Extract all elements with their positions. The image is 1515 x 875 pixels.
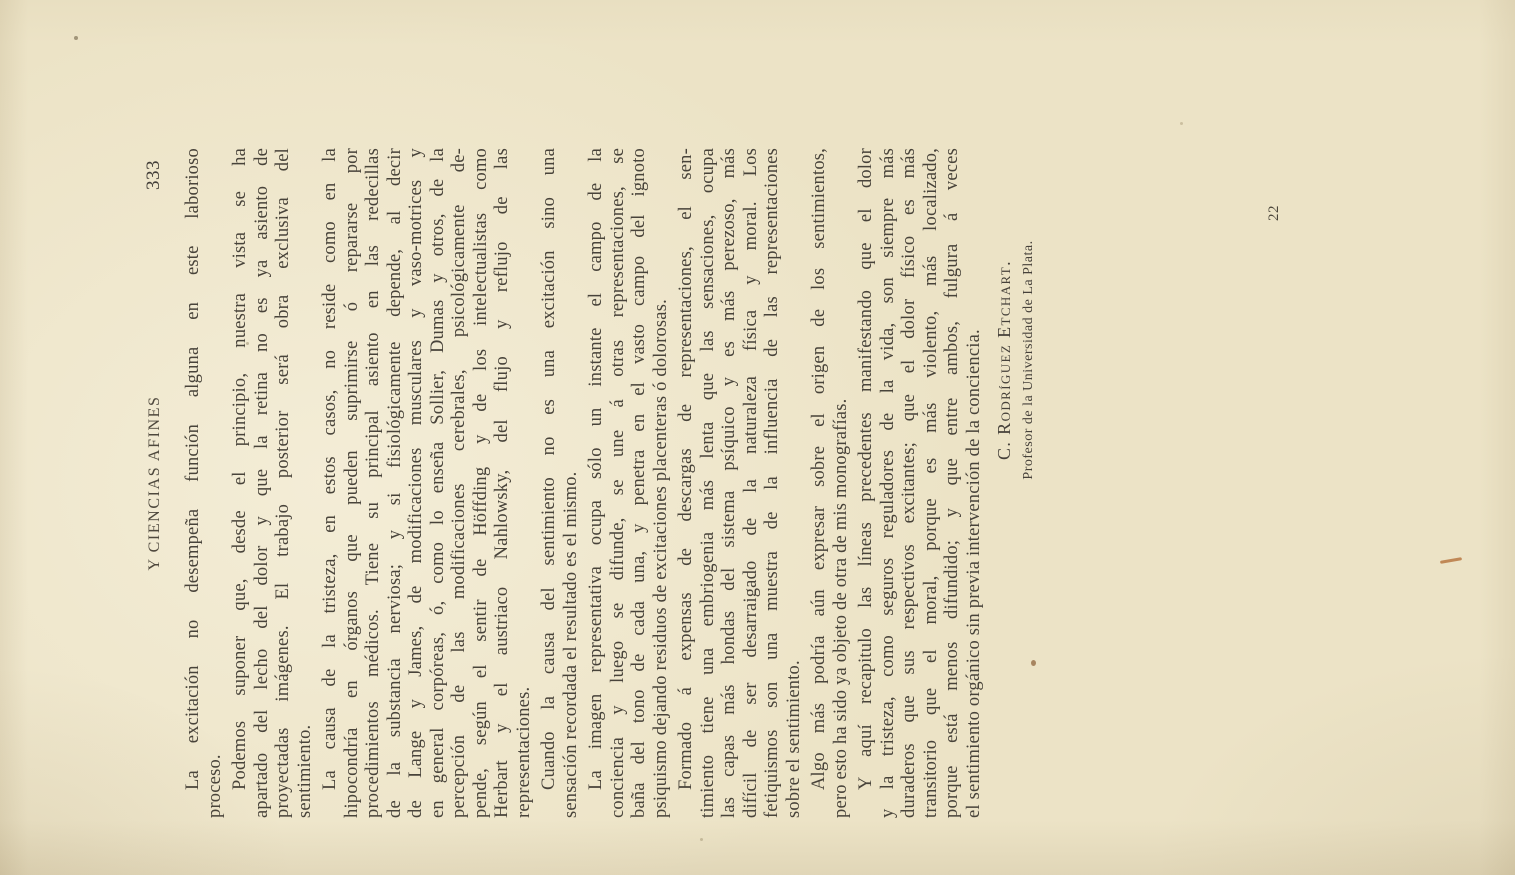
text-line: Y aquí recapitulo las líneas precedentes… [856, 148, 878, 818]
scanned-book-page: { "header": { "title": "Y CIENCIAS AFINE… [0, 0, 1515, 875]
text-line: psiquismo dejando residuos de excitacion… [651, 148, 673, 818]
author-name: C. Rodríguez Etchart. [994, 240, 1015, 479]
text-line: de la substancia nerviosa; y si fisiológ… [385, 148, 407, 818]
text-line: La imagen representativa ocupa sólo un i… [586, 148, 608, 818]
text-line: duraderos que sus respectivos excitantes… [899, 148, 921, 818]
text-line: Herbart y el austriaco Nahlowsky, del fl… [492, 148, 514, 818]
text-line: baña del tono de cada una, y penetra en … [629, 148, 651, 818]
text-line: timiento tiene una embriogenia más lenta… [698, 148, 720, 818]
text-line: La excitación no desempeña función algun… [183, 148, 205, 818]
page-number: 333 [143, 160, 165, 190]
text-line: apartado del lecho del dolor y que la re… [252, 148, 274, 818]
text-line: Formado á expensas de descargas de repre… [676, 148, 698, 818]
body-text: La excitación no desempeña función algun… [183, 148, 985, 818]
text-line: y la tristeza, como seguros reguladores … [878, 148, 900, 818]
text-line: proceso. [205, 148, 227, 818]
book-page: Y CIENCIAS AFINES 333 La excitación no d… [0, 0, 1515, 875]
text-line: sentimiento. [295, 148, 317, 818]
text-line: conciencia y luego se difunde, se une á … [608, 148, 630, 818]
text-line: pende, según el sentir de Höffding y de … [471, 148, 493, 818]
running-header: Y CIENCIAS AFINES 333 [146, 148, 172, 818]
text-line: hipocondría en órganos que pueden suprim… [342, 148, 364, 818]
text-line: transitorio que el moral, porque es más … [921, 148, 943, 818]
text-line: en general corpóreas, ó, como lo enseña … [428, 148, 450, 818]
text-line: representaciones. [514, 148, 536, 818]
text-line: sensación recordada el resultado es el m… [561, 148, 583, 818]
text-line: Cuando la causa del sentimiento no es un… [539, 148, 561, 818]
text-line: difícil de ser desarraigado de la natura… [741, 148, 763, 818]
text-line: sobre el sentimiento. [784, 148, 806, 818]
text-line: Podemos suponer que, desde el principio,… [230, 148, 252, 818]
text-line: el sentimiento orgánico sin previa inter… [964, 148, 986, 818]
text-line: porque está menos difundido; y que entre… [942, 148, 964, 818]
text-line: pero esto ha sido ya objeto de otra de m… [831, 148, 853, 818]
text-line: de Lange y James, de modificaciones musc… [406, 148, 428, 818]
author-signature: C. Rodríguez Etchart. Profesor de la Uni… [994, 240, 1037, 479]
running-title: Y CIENCIAS AFINES [146, 148, 164, 818]
text-line: fetiquismos son una muestra de la influe… [762, 148, 784, 818]
author-role: Profesor de la Universidad de La Plata. [1021, 240, 1037, 479]
text-line: las capas más hondas del sistema psíquic… [719, 148, 741, 818]
text-line: proyectadas imágenes. El trabajo posteri… [273, 148, 295, 818]
text-line: procedimientos médicos. Tiene su princip… [363, 148, 385, 818]
gathering-number: 22 [1266, 205, 1283, 221]
text-line: percepción de las modificaciones cerebra… [449, 148, 471, 818]
text-line: La causa de la tristeza, en estos casos,… [320, 148, 342, 818]
text-line: Algo más podría aún expresar sobre el or… [809, 148, 831, 818]
